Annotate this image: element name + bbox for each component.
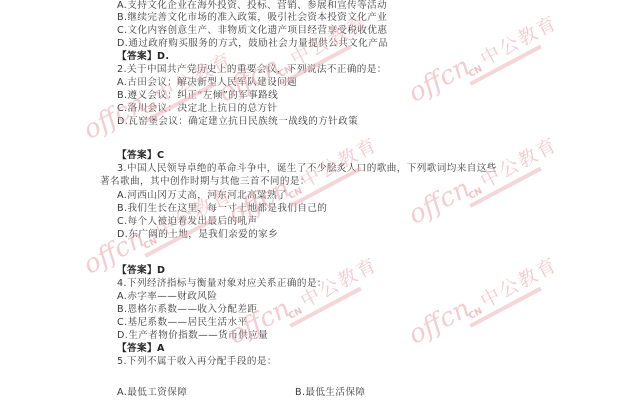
text-line: C.文化内容创意生产、非物质文化遗产项目经营享受税收优惠 bbox=[117, 25, 387, 37]
text-line: D.生产者物价指数——货币供应量 bbox=[117, 330, 268, 342]
text-line: B.最低生活保障 bbox=[295, 387, 365, 399]
text-line: A.河西山冈万丈高，河东河北高粱熟了 bbox=[117, 190, 287, 202]
text-line: C.洛川会议：决定北上抗日的总方针 bbox=[117, 103, 277, 115]
watermark-text: 中公教育 bbox=[475, 250, 562, 313]
watermark-text: 中公教育 bbox=[475, 130, 562, 193]
text-line: D.东广阔的土地，是我们亲爱的家乡 bbox=[117, 229, 278, 241]
offcn-watermark: offcnCN中公教育 bbox=[404, 127, 565, 235]
watermark-cn-label: CN bbox=[467, 306, 484, 321]
watermark-cn-label: CN bbox=[287, 306, 304, 321]
offcn-logo-icon: offcn bbox=[404, 173, 476, 230]
answer-line: 【答案】D bbox=[117, 265, 165, 277]
answer-line: 【答案】C bbox=[117, 150, 164, 162]
text-line: C.基尼系数——居民生活水平 bbox=[117, 317, 247, 329]
text-line: B.继续完善文化市场的准入政策，吸引社会资本投资文化产业 bbox=[117, 12, 387, 24]
text-line: 2.关于中国共产党历史上的重要会议，下列说法不正确的是： bbox=[117, 64, 387, 76]
text-line: A.赤字率——财政风险 bbox=[117, 291, 217, 303]
answer-line: 【答案】D. bbox=[117, 51, 169, 63]
text-line: A.最低工资保障 bbox=[117, 387, 187, 399]
text-line: A.古田会议：解决新型人民军队建设问题 bbox=[117, 77, 297, 89]
offcn-logo-icon: offcn bbox=[404, 293, 476, 350]
document-page: A.支持文化企业在海外投资、投标、营销、参展和宣传等活动B.继续完善文化市场的准… bbox=[0, 0, 640, 400]
watermark-cn-label: CN bbox=[467, 64, 484, 79]
watermark-bar bbox=[289, 287, 362, 328]
text-line: 4.下列经济指标与衡量对象对应关系正确的是： bbox=[117, 278, 327, 290]
text-line: 著名歌曲，其中创作时期与其他三首不同的是： bbox=[100, 176, 310, 188]
watermark-bar bbox=[469, 45, 542, 86]
watermark-bar bbox=[469, 287, 542, 328]
offcn-watermark: offcnCN中公教育 bbox=[404, 5, 565, 113]
offcn-watermark: offcnCN中公教育 bbox=[404, 247, 565, 355]
text-line: D.通过政府购买服务的方式，鼓励社会力量提供公共文化产品 bbox=[117, 38, 388, 50]
text-line: A.支持文化企业在海外投资、投标、营销、参展和宣传等活动 bbox=[117, 0, 387, 12]
text-line: 3.中国人民领导卓绝的革命斗争中，诞生了不少脍炙人口的歌曲，下列歌词均来自这些 bbox=[117, 163, 497, 175]
text-line: B.我们生长在这里，每一寸土地都是我们自己的 bbox=[117, 203, 327, 215]
text-line: B.遵义会议：纠正“左倾”的军事路线 bbox=[117, 90, 278, 102]
text-line: B.恩格尔系数——收入分配差距 bbox=[117, 304, 257, 316]
answer-line: 【答案】A bbox=[117, 343, 165, 355]
watermark-cn-label: CN bbox=[467, 186, 484, 201]
text-line: D.瓦窑堡会议：确定建立抗日民族统一战线的方针政策 bbox=[117, 116, 358, 128]
text-line: 5.下列不属于收入再分配手段的是： bbox=[117, 356, 277, 368]
watermark-text: 中公教育 bbox=[475, 8, 562, 71]
text-line: C.每个人被迫着发出最后的吼声 bbox=[117, 216, 257, 228]
offcn-logo-icon: offcn bbox=[404, 51, 476, 108]
watermark-cn-label: CN bbox=[287, 186, 304, 201]
